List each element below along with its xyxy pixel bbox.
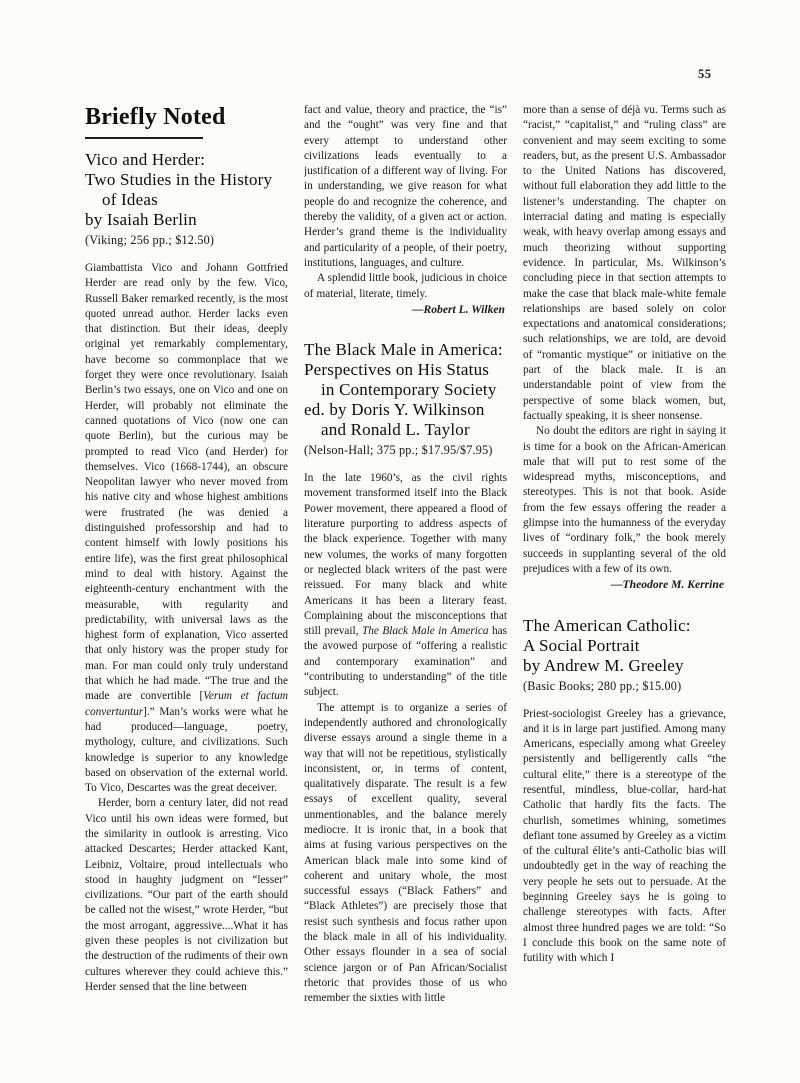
paragraph: fact and value, theory and practice, the… — [304, 103, 507, 271]
heading-rule — [85, 137, 203, 139]
title-line: Two Studies in the History — [85, 170, 288, 190]
title-line: of Ideas — [85, 190, 288, 210]
publisher-info: (Nelson-Hall; 375 pp.; $17.95/$7.95) — [304, 443, 507, 458]
reviewer-attribution: —Theodore M. Kerrine — [523, 577, 724, 592]
title-line: The Black Male in America: — [304, 340, 507, 360]
publisher-info: (Basic Books; 280 pp.; $15.00) — [523, 679, 726, 694]
text-run: In the late 1960’s, as the civil rights … — [304, 472, 507, 637]
book-title: The American Catholic:A Social Portraitb… — [523, 616, 726, 676]
section-heading: Briefly Noted — [85, 103, 288, 131]
text-run: The attempt is to organize a series of i… — [304, 702, 507, 1005]
paragraph: The attempt is to organize a series of i… — [304, 701, 507, 1007]
text-run: Priest-sociologist Greeley has a grievan… — [523, 708, 726, 965]
text-column: Briefly NotedVico and Herder:Two Studies… — [85, 103, 288, 1048]
text-run: A splendid little book, judicious in cho… — [304, 272, 507, 299]
publisher-info: (Viking; 256 pp.; $12.50) — [85, 233, 288, 248]
title-line: and Ronald L. Taylor — [304, 420, 507, 440]
paragraph: Giambattista Vico and Johann Gottfried H… — [85, 261, 288, 796]
reviewer-attribution: —Robert L. Wilken — [304, 302, 505, 317]
paragraph: more than a sense of déjà vu. Terms such… — [523, 103, 726, 424]
text-column: fact and value, theory and practice, the… — [304, 103, 507, 1048]
title-line: by Andrew M. Greeley — [523, 656, 726, 676]
title-line: Vico and Herder: — [85, 150, 288, 170]
title-line: The American Catholic: — [523, 616, 726, 636]
content-columns: Briefly NotedVico and Herder:Two Studies… — [85, 103, 726, 1048]
text-run: No doubt the editors are right in saying… — [523, 425, 726, 575]
text-run: Giambattista Vico and Johann Gottfried H… — [85, 262, 288, 702]
title-line: Perspectives on His Status — [304, 360, 507, 380]
italic-text-run: The Black Male in America — [362, 625, 488, 637]
text-run: fact and value, theory and practice, the… — [304, 104, 507, 269]
title-line: A Social Portrait — [523, 636, 726, 656]
paragraph: A splendid little book, judicious in cho… — [304, 271, 507, 302]
book-title: The Black Male in America:Perspectives o… — [304, 340, 507, 440]
title-line: by Isaiah Berlin — [85, 210, 288, 230]
title-line: ed. by Doris Y. Wilkinson — [304, 400, 507, 420]
paragraph: In the late 1960’s, as the civil rights … — [304, 471, 507, 700]
title-line: in Contemporary Society — [304, 380, 507, 400]
text-run: more than a sense of déjà vu. Terms such… — [523, 104, 726, 422]
page-number: 55 — [698, 67, 712, 82]
paragraph: Priest-sociologist Greeley has a grievan… — [523, 707, 726, 967]
paragraph: No doubt the editors are right in saying… — [523, 424, 726, 577]
text-run: Herder, born a century later, did not re… — [85, 797, 288, 993]
text-column: more than a sense of déjà vu. Terms such… — [523, 103, 726, 1048]
magazine-page: 55 Briefly NotedVico and Herder:Two Stud… — [0, 0, 800, 1083]
paragraph: Herder, born a century later, did not re… — [85, 796, 288, 995]
text-run: ].” Man’s works were what he had produce… — [85, 706, 288, 794]
book-title: Vico and Herder:Two Studies in the Histo… — [85, 150, 288, 230]
